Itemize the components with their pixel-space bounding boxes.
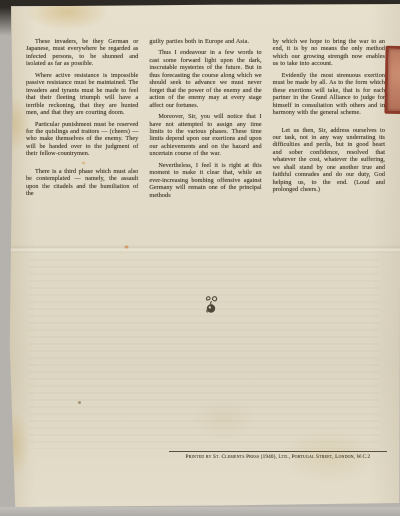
scanner-background-bottom <box>0 507 400 516</box>
scanned-document-screenshot: These invaders, be they German or Japane… <box>0 0 400 516</box>
paragraph: Thus I endeavour in a few words to cast … <box>149 49 261 109</box>
speech-text-block: These invaders, be they German or Japane… <box>26 38 385 203</box>
text-column-2: guilty parties both in Europe and Asia. … <box>149 38 261 203</box>
paragraph: These invaders, be they German or Japane… <box>26 38 138 68</box>
paragraph: by which we hope to bring the war to an … <box>273 38 385 68</box>
paragraph: Particular punishment must be reserved f… <box>26 121 138 158</box>
paragraph: guilty parties both in Europe and Asia. <box>149 38 261 45</box>
printer-ornament-icon <box>203 294 219 316</box>
paragraph: Moreover, Sir, you will notice that I ha… <box>149 113 261 158</box>
reverse-side-show-through <box>29 259 379 449</box>
stain-spot <box>124 245 129 249</box>
stain-spot <box>78 401 81 404</box>
paragraph: Evidently the most strenuous exertion mu… <box>273 72 385 117</box>
printer-imprint-text: Printed by St. Clements Press (1940), Lt… <box>169 454 387 460</box>
fold-crease <box>9 245 400 253</box>
text-column-3: by which we hope to bring the war to an … <box>273 38 385 203</box>
paragraph: Let us then, Sir, address ourselves to o… <box>273 127 385 194</box>
scanner-background-corner <box>0 0 11 36</box>
paper-page: These invaders, be they German or Japane… <box>9 4 400 507</box>
paragraph: Where active resistance is impossible pa… <box>26 72 138 117</box>
paragraph: Nevertheless, I feel it is right at this… <box>149 162 261 199</box>
paragraph: There is a third phase which must also b… <box>26 168 138 198</box>
printer-imprint: Printed by St. Clements Press (1940), Lt… <box>169 451 387 460</box>
red-tape-mark <box>384 46 400 115</box>
text-column-1: These invaders, be they German or Japane… <box>26 38 138 203</box>
